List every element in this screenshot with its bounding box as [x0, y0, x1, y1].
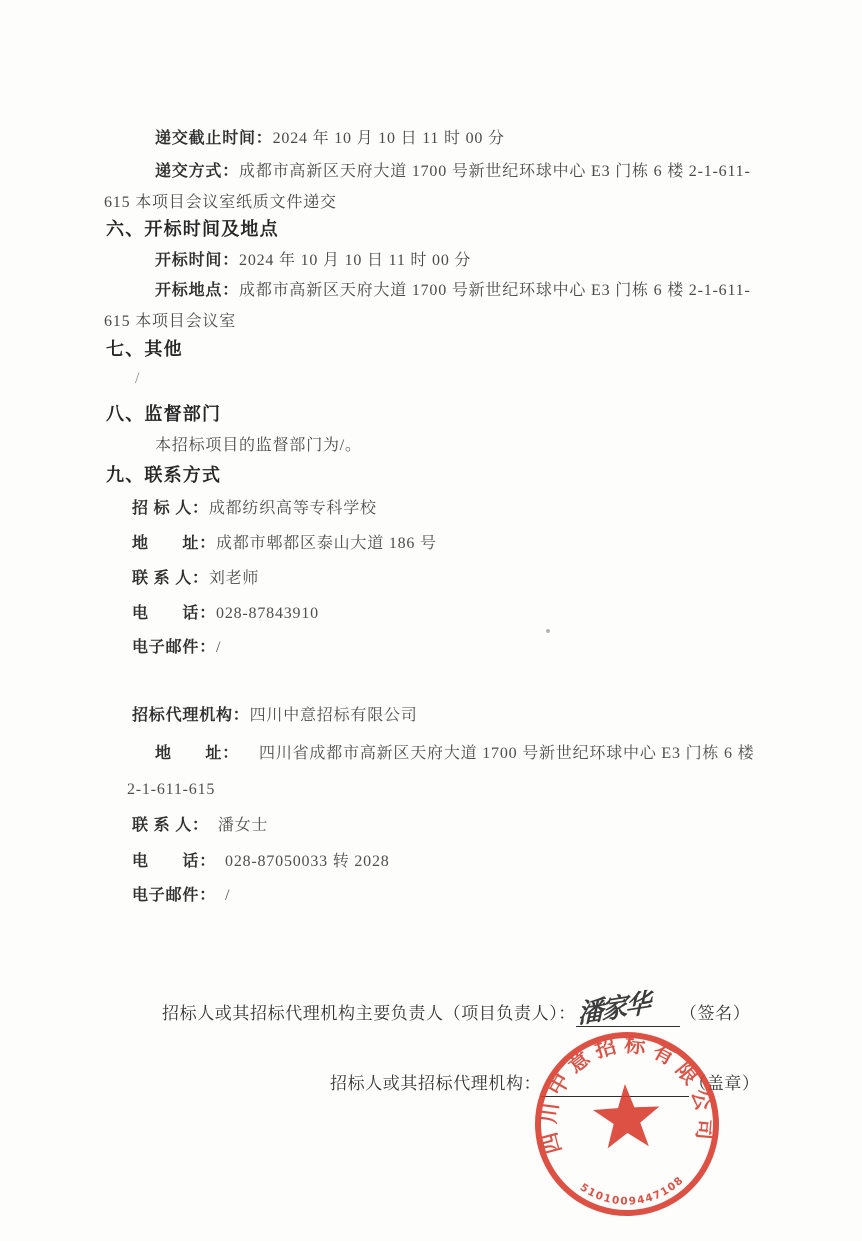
- company-seal-stamp: 四川中意招标有限公司 5101009447108: [527, 1024, 727, 1224]
- agency-name-value: 四川中意招标有限公司: [250, 707, 418, 724]
- submission-method-line: 递交方式：成都市高新区天府大道 1700 号新世纪环球中心 E3 门栋 6 楼 …: [104, 156, 762, 218]
- opening-place-line: 开标地点：成都市高新区天府大道 1700 号新世纪环球中心 E3 门栋 6 楼 …: [104, 275, 762, 337]
- tenderer-phone-row: 电 话：028-87843910: [132, 604, 772, 624]
- section7-slash: /: [135, 370, 140, 387]
- leader-signature-label: 招标人或其招标代理机构主要负责人（项目负责人）：: [162, 1004, 576, 1023]
- seal-star-icon: [592, 1082, 662, 1149]
- section7-content: /: [135, 363, 793, 394]
- opening-time-line: 开标时间：2024 年 10 月 10 日 11 时 00 分: [104, 245, 762, 276]
- scan-speck: [546, 629, 550, 633]
- agency-name-row: 招标代理机构：四川中意招标有限公司: [132, 706, 772, 726]
- tenderer-address-label: 地 址：: [132, 535, 216, 552]
- section8-content: 本招标项目的监督部门为/。: [104, 430, 762, 461]
- tenderer-address-row: 地 址：成都市郫都区泰山大道 186 号: [132, 534, 772, 554]
- section7-heading: 七、其他: [106, 338, 764, 360]
- section8-heading: 八、监督部门: [106, 403, 764, 425]
- section8-text: 本招标项目的监督部门为/。: [155, 437, 362, 454]
- tenderer-email-value: /: [216, 639, 221, 656]
- submission-deadline-value: 2024 年 10 月 10 日 11 时 00 分: [273, 130, 505, 147]
- tenderer-name-label: 招 标 人：: [132, 500, 209, 517]
- opening-time-label: 开标时间：: [155, 252, 239, 269]
- agency-email-value: /: [216, 887, 230, 904]
- tenderer-phone-value: 028-87843910: [216, 605, 319, 622]
- leader-signature-line: 招标人或其招标代理机构主要负责人（项目负责人）：潘家华（签名）: [162, 1000, 750, 1027]
- agency-contact-label: 联 系 人：: [132, 817, 209, 834]
- tenderer-email-row: 电子邮件：/: [132, 638, 772, 658]
- tenderer-phone-label: 电 话：: [132, 605, 216, 622]
- agency-phone-row: 电 话：028-87050033 转 2028: [132, 852, 772, 872]
- leader-signature-underline: 潘家华: [576, 1000, 680, 1027]
- agency-name-label: 招标代理机构：: [132, 707, 250, 724]
- agency-phone-label: 电 话：: [132, 853, 216, 870]
- agency-email-row: 电子邮件：/: [132, 886, 772, 906]
- org-seal-label: 招标人或其招标代理机构：: [330, 1074, 541, 1093]
- document-page: 递交截止时间：2024 年 10 月 10 日 11 时 00 分 递交方式：成…: [0, 0, 862, 1241]
- section6-heading: 六、开标时间及地点: [106, 218, 764, 240]
- submission-deadline-line: 递交截止时间：2024 年 10 月 10 日 11 时 00 分: [104, 123, 762, 154]
- tenderer-contact-value: 刘老师: [209, 570, 259, 587]
- submission-deadline-label: 递交截止时间：: [155, 130, 273, 147]
- agency-contact-value: 潘女士: [209, 817, 268, 834]
- agency-contact-row: 联 系 人：潘女士: [132, 816, 772, 836]
- tenderer-address-value: 成都市郫都区泰山大道 186 号: [216, 535, 437, 552]
- agency-address-label: 地 址：: [155, 745, 239, 762]
- tenderer-email-label: 电子邮件：: [132, 639, 216, 656]
- agency-phone-value: 028-87050033 转 2028: [216, 853, 390, 870]
- tenderer-name-value: 成都纺织高等专科学校: [209, 500, 377, 517]
- leader-sign-suffix: （签名）: [680, 1004, 750, 1023]
- leader-handwritten-signature: 潘家华: [577, 990, 649, 1028]
- opening-place-label: 开标地点：: [155, 282, 239, 299]
- opening-time-value: 2024 年 10 月 10 日 11 时 00 分: [239, 252, 471, 269]
- tenderer-name-row: 招 标 人：成都纺织高等专科学校: [132, 499, 772, 519]
- agency-address-row: 地 址：四川省成都市高新区天府大道 1700 号新世纪环球中心 E3 门栋 6 …: [127, 736, 767, 808]
- section9-heading: 九、联系方式: [106, 464, 764, 486]
- tenderer-contact-label: 联 系 人：: [132, 570, 209, 587]
- submission-method-label: 递交方式：: [155, 163, 239, 180]
- agency-email-label: 电子邮件：: [132, 887, 216, 904]
- tenderer-contact-row: 联 系 人：刘老师: [132, 569, 772, 589]
